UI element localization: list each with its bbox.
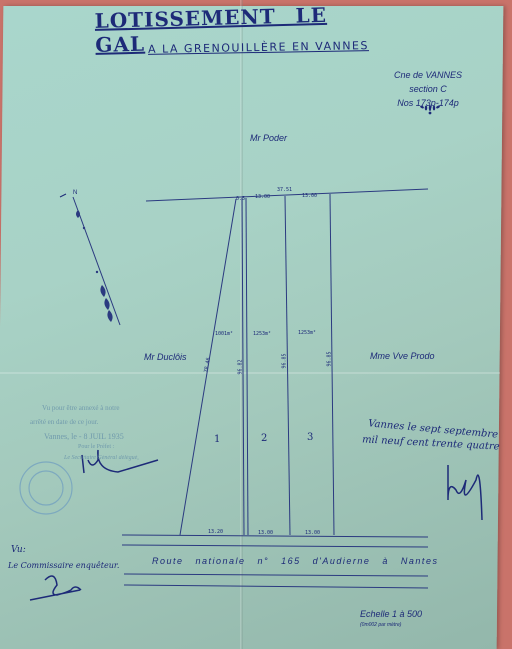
stamp-line-2: arrêté en date de ce jour. bbox=[30, 418, 98, 426]
dim-top-total: 37.51 bbox=[277, 187, 292, 193]
neighbor-north: Mr Poder bbox=[250, 133, 287, 143]
commissioner-title: Le Commissaire enquêteur. bbox=[8, 561, 119, 570]
cadastral-plan bbox=[0, 0, 512, 649]
dim-side-lot3-right: 96.85 bbox=[327, 351, 333, 366]
seal-icon bbox=[20, 462, 72, 514]
dim-bottom-lot2: 13.00 bbox=[258, 530, 273, 536]
commissioner-seen: Vu: bbox=[11, 545, 26, 555]
stamp-line-4: Pour le Préfet : bbox=[78, 444, 114, 450]
road-label: Route nationale n° 165 d'Audierne à Nant… bbox=[152, 556, 438, 566]
north-arrow-label: N bbox=[73, 190, 77, 196]
dim-top-lot3: 13.00 bbox=[302, 193, 317, 199]
area-lot2: 1253m² bbox=[253, 331, 271, 337]
lot-number-3: 3 bbox=[307, 432, 313, 443]
neighbor-west: Mr Duclôis bbox=[144, 352, 187, 362]
scale-note: (0m002 par mètre) bbox=[360, 622, 401, 628]
stamp-line-3: Vannes, le - 8 JUIL 1935 bbox=[44, 432, 124, 441]
neighbor-east: Mme Vve Prodo bbox=[370, 351, 435, 361]
dim-side-lot2-right: 96.85 bbox=[282, 353, 288, 368]
dim-top-small: 0.5 bbox=[236, 196, 245, 202]
lot-number-2: 2 bbox=[261, 433, 267, 444]
lot-number-1: 1 bbox=[214, 434, 220, 445]
area-lot1: 1001m² bbox=[215, 331, 233, 337]
dim-bottom-lot1: 13.20 bbox=[208, 529, 223, 535]
scale-label: Echelle 1 à 500 bbox=[360, 609, 422, 619]
dim-top-lot2: 13.00 bbox=[255, 194, 270, 200]
stamp-line-5: Le Secrétaire Général délégué, bbox=[64, 455, 139, 461]
dim-side-lot1-right: 96.82 bbox=[238, 359, 244, 374]
dim-bottom-lot3: 13.00 bbox=[305, 530, 320, 536]
stamp-line-1: Vu pour être annexé à notre bbox=[42, 404, 120, 412]
area-lot3: 1253m² bbox=[298, 330, 316, 336]
